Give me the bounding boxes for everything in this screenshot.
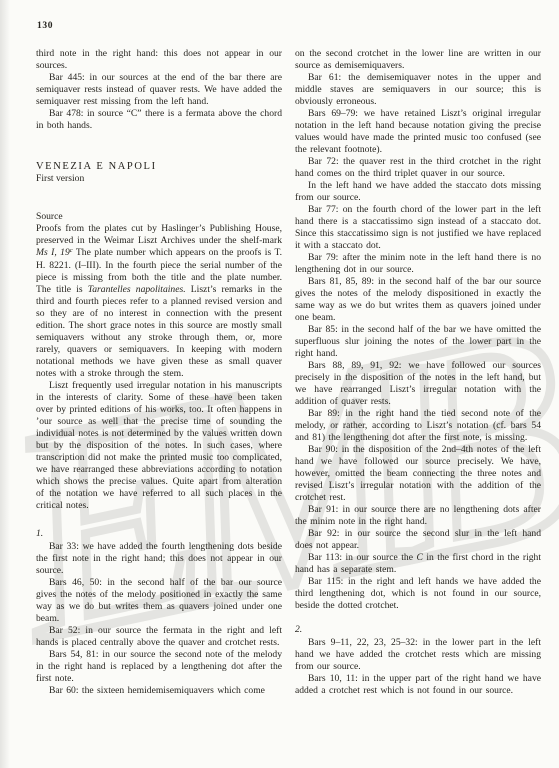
shelf-mark-superscript: c [70, 247, 73, 254]
bar-445-note: Bar 445: in our sources at the end of th… [36, 72, 282, 108]
shelf-mark: Ms I, 19 [36, 247, 70, 258]
bar-33-note: Bar 33: we have added the fourth lengthe… [36, 541, 282, 577]
right-column: on the second crotchet in the lower line… [295, 48, 541, 697]
bar-91-note: Bar 91: in our source there are no lengt… [295, 504, 541, 528]
page-number: 130 [37, 21, 53, 31]
bars-46-50-note: Bars 46, 50: in the second half of the b… [36, 577, 282, 625]
bar-113-text-1: Bar 113: in our source the [308, 552, 416, 563]
work-subtitle: First version [36, 173, 282, 185]
bar-89-note: Bar 89: in the right hand the tied secon… [295, 408, 541, 444]
page-edge-shadow [0, 0, 10, 768]
bar-79-note: Bar 79: after the minim note in the left… [295, 252, 541, 276]
bar-478-note: Bar 478: in source “C” there is a fermat… [36, 108, 282, 132]
bar-52-note: Bar 52: in our source the fermata in the… [36, 625, 282, 649]
bar-72-note: Bar 72: the quaver rest in the third cro… [295, 156, 541, 180]
bar-85-note: Bar 85: in the second half of the bar we… [295, 324, 541, 360]
bar-113-note: Bar 113: in our source the C in the firs… [295, 552, 541, 576]
bars-88-92-note: Bars 88, 89, 91, 92: we have followed ou… [295, 360, 541, 408]
source-text-1: Proofs from the plates cut by Haslinger’… [36, 223, 282, 246]
work-title: VENEZIA E NAPOLI [36, 160, 282, 173]
source-paragraph: Proofs from the plates cut by Haslinger’… [36, 223, 282, 380]
left-hand-staccato-note: In the left hand we have added the stacc… [295, 180, 541, 204]
bar-90-note: Bar 90: in the disposition of the 2nd–4t… [295, 444, 541, 504]
bars-81-85-89-note: Bars 81, 85, 89: in the second half of t… [295, 276, 541, 324]
irregular-notation-paragraph: Liszt frequently used irregular notation… [36, 380, 282, 512]
scanned-page: EMB 130 third note in the right hand: th… [0, 0, 559, 768]
text-columns: third note in the right hand: this does … [36, 48, 542, 697]
left-column: third note in the right hand: this does … [36, 48, 282, 697]
bar-92-note: Bar 92: in our source the second slur in… [295, 528, 541, 552]
bars-69-79-note: Bars 69–79: we have retained Liszt’s ori… [295, 108, 541, 156]
bar-61-note: Bar 61: the demisemiquaver notes in the … [295, 72, 541, 108]
bar-77-note: Bar 77: on the fourth chord of the lower… [295, 204, 541, 252]
bars-9-32-note: Bars 9–11, 22, 23, 25–32: in the lower p… [295, 637, 541, 673]
bar-115-note: Bar 115: in the right and left hands we … [295, 576, 541, 612]
section-1-heading: 1. [36, 528, 282, 540]
continuation-paragraph: third note in the right hand: this does … [36, 48, 282, 72]
section-2-heading: 2. [295, 624, 541, 636]
source-heading: Source [36, 211, 282, 223]
bars-54-81-note: Bars 54, 81: in our source the second no… [36, 649, 282, 685]
work-title-italic: Tarantelles napolitaines. [88, 284, 186, 295]
bar-60-note: Bar 60: the sixteen hemidemisemiquavers … [36, 685, 282, 697]
bars-10-11-note: Bars 10, 11: in the upper part of the ri… [295, 673, 541, 697]
continuation-paragraph-right: on the second crotchet in the lower line… [295, 48, 541, 72]
source-text-3: Liszt’s remarks in the third and fourth … [36, 284, 282, 379]
